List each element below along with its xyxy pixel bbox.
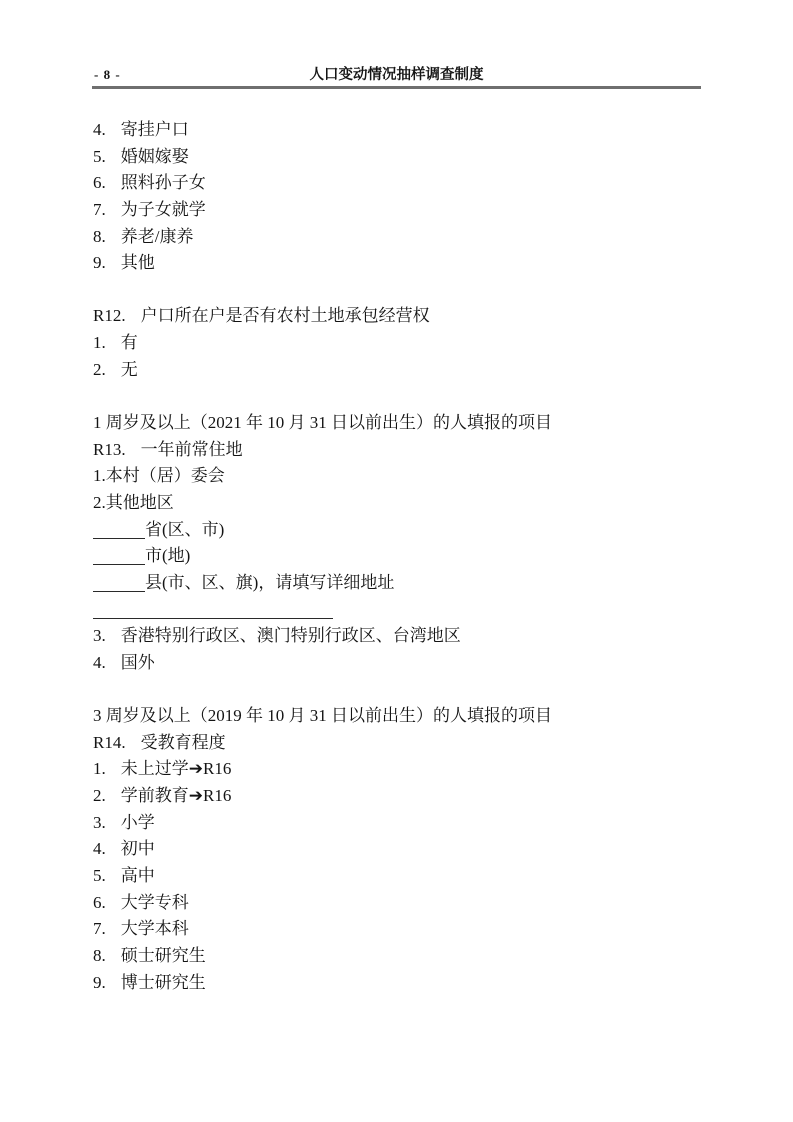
document-line: 5.婚姻嫁娶 [93, 144, 733, 171]
document-line: 2.无 [93, 357, 733, 384]
line-text: 国外 [121, 653, 155, 672]
line-text: 市(地) [145, 546, 190, 565]
line-number: 8. [93, 943, 106, 970]
document-line: 9.其他 [93, 250, 733, 277]
document-line: 3.香港特别行政区、澳门特别行政区、台湾地区 [93, 623, 733, 650]
line-text: 有 [121, 333, 138, 352]
line-number: 1. [93, 756, 106, 783]
line-text: 3 周岁及以上（2019 年 10 月 31 日以前出生）的人填报的项目 [93, 706, 552, 725]
line-number: 3. [93, 810, 106, 837]
document-line: 2.其他地区 [93, 490, 733, 517]
fill-in-blank [93, 546, 145, 565]
document-line: R13.一年前常住地 [93, 437, 733, 464]
line-number: 8. [93, 224, 106, 251]
document-line: 3 周岁及以上（2019 年 10 月 31 日以前出生）的人填报的项目 [93, 703, 733, 730]
document-line: 1 周岁及以上（2021 年 10 月 31 日以前出生）的人填报的项目 [93, 410, 733, 437]
line-number: 2. [93, 783, 106, 810]
line-number: 6. [93, 890, 106, 917]
line-text: 养老/康养 [121, 227, 194, 246]
line-number: 2. [93, 357, 106, 384]
address-blank-line [93, 597, 733, 624]
line-text: 省(区、市) [145, 520, 224, 539]
document-line: 2.学前教育➔R16 [93, 783, 733, 810]
page-header: - 8 - 人口变动情况抽样调查制度 [92, 64, 701, 89]
line-text: 2.其他地区 [93, 493, 174, 512]
line-number: 4. [93, 650, 106, 677]
line-text: 照料孙子女 [121, 173, 206, 192]
blank-line [93, 676, 733, 703]
document-line: 4.国外 [93, 650, 733, 677]
line-number: 9. [93, 250, 106, 277]
line-number: 4. [93, 836, 106, 863]
line-text: 县(市、区、旗)，请填写详细地址 [145, 573, 394, 592]
fill-in-blank [93, 520, 145, 539]
document-body: 4.寄挂户口5.婚姻嫁娶6.照料孙子女7.为子女就学8.养老/康养9.其他R12… [93, 117, 733, 996]
document-title: 人口变动情况抽样调查制度 [92, 64, 701, 86]
line-text: 初中 [121, 839, 155, 858]
line-text: 婚姻嫁娶 [121, 147, 189, 166]
line-number: 3. [93, 623, 106, 650]
line-text: 博士研究生 [121, 973, 206, 992]
document-line: 8.硕士研究生 [93, 943, 733, 970]
line-text: 香港特别行政区、澳门特别行政区、台湾地区 [121, 626, 461, 645]
line-text: 未上过学➔R16 [121, 759, 232, 778]
line-text: 一年前常住地 [141, 440, 243, 459]
line-number: 1. [93, 330, 106, 357]
document-line: R14.受教育程度 [93, 730, 733, 757]
document-line: 1.有 [93, 330, 733, 357]
document-page: - 8 - 人口变动情况抽样调查制度 4.寄挂户口5.婚姻嫁娶6.照料孙子女7.… [0, 0, 793, 1122]
line-number: 7. [93, 916, 106, 943]
line-number: 7. [93, 197, 106, 224]
document-line: 7.为子女就学 [93, 197, 733, 224]
document-line: 6.照料孙子女 [93, 170, 733, 197]
line-text: 学前教育➔R16 [121, 786, 232, 805]
line-text: 硕士研究生 [121, 946, 206, 965]
document-line: 1.本村（居）委会 [93, 463, 733, 490]
document-line: 4.寄挂户口 [93, 117, 733, 144]
line-number: R12. [93, 303, 126, 330]
line-text: 受教育程度 [141, 733, 226, 752]
blank-line [93, 383, 733, 410]
document-line: 8.养老/康养 [93, 224, 733, 251]
document-line: 7.大学本科 [93, 916, 733, 943]
line-text: 户口所在户是否有农村土地承包经营权 [141, 306, 430, 325]
blank-line [93, 277, 733, 304]
line-text: 大学专科 [121, 893, 189, 912]
document-line: 4.初中 [93, 836, 733, 863]
line-text: 为子女就学 [121, 200, 206, 219]
line-text: 1.本村（居）委会 [93, 466, 225, 485]
document-line: 1.未上过学➔R16 [93, 756, 733, 783]
document-line: 5.高中 [93, 863, 733, 890]
document-line: 县(市、区、旗)，请填写详细地址 [93, 570, 733, 597]
document-line: 6.大学专科 [93, 890, 733, 917]
fill-in-blank [93, 600, 333, 619]
line-number: 4. [93, 117, 106, 144]
line-number: 9. [93, 970, 106, 997]
line-text: 寄挂户口 [121, 120, 189, 139]
line-text: 其他 [121, 253, 155, 272]
line-number: R14. [93, 730, 126, 757]
line-text: 无 [121, 360, 138, 379]
line-number: 5. [93, 863, 106, 890]
document-line: R12.户口所在户是否有农村土地承包经营权 [93, 303, 733, 330]
document-line: 省(区、市) [93, 517, 733, 544]
line-text: 小学 [121, 813, 155, 832]
line-text: 1 周岁及以上（2021 年 10 月 31 日以前出生）的人填报的项目 [93, 413, 552, 432]
line-text: 大学本科 [121, 919, 189, 938]
document-line: 3.小学 [93, 810, 733, 837]
line-number: 5. [93, 144, 106, 171]
line-number: 6. [93, 170, 106, 197]
line-text: 高中 [121, 866, 155, 885]
document-line: 9.博士研究生 [93, 970, 733, 997]
document-line: 市(地) [93, 543, 733, 570]
line-number: R13. [93, 437, 126, 464]
fill-in-blank [93, 573, 145, 592]
